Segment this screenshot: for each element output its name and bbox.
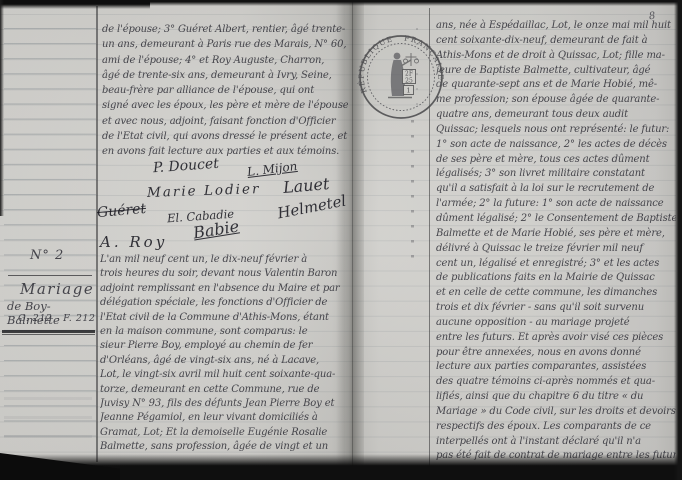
text-line: Mariage » du Code civil, sur les droits … <box>436 405 676 420</box>
text-line: 1° son acte de naissance, 2° les actes d… <box>436 138 676 153</box>
text-line: d'Orléans, âgé de vingt-six ans, né à La… <box>100 354 348 368</box>
text-line: dûment légalisé; 2° le Consentement de B… <box>436 212 676 227</box>
stamp-denomination: 2F 25 1 <box>403 70 416 95</box>
text-line: délégation spéciale, les fonctions d'Off… <box>100 296 348 310</box>
text-line: et avec nous, adjoint, faisant fonction … <box>102 114 348 129</box>
act-number: N° 2 <box>30 248 64 263</box>
text-line: Lot, le vingt-six avril mil huit cent so… <box>100 368 348 382</box>
republique-francaise-stamp: RÉPUBLIQUE FRANÇAISE 2F 25 1 <box>357 33 445 121</box>
signature: A. Roy <box>100 233 167 251</box>
text-line: de publications faits en la Mairie de Qu… <box>436 271 676 286</box>
text-line: des quatre témoins ci-après nommés et qu… <box>436 375 676 390</box>
left-page-act-text: L'an mil neuf cent un, le dix-neuf févri… <box>100 253 348 455</box>
text-line: qu'il a satisfait à la loi sur le recrut… <box>436 182 676 197</box>
text-line: de ses père et mère, tous ces actes dûme… <box>436 153 676 168</box>
text-line: Quissac; lesquels nous ont représenté: l… <box>436 123 676 138</box>
text-line: Balmette et de Marie Hobié, ses père et … <box>436 227 676 242</box>
text-line: jeure de Baptiste Balmette, cultivateur,… <box>436 64 676 79</box>
scan-edge-top-left <box>0 0 150 9</box>
left-page-closing-text: de l'épouse; 3° Guéret Albert, rentier, … <box>102 22 348 160</box>
signature: Marie Lodier <box>147 181 261 201</box>
text-line: L'an mil neuf cent un, le dix-neuf févri… <box>100 253 348 267</box>
text-line: me profession; son épouse âgée de quaran… <box>436 93 676 108</box>
margin-heavy-divider <box>2 334 95 335</box>
signature: Guéret <box>96 201 146 221</box>
signatures-block: P. DoucetL. MijonMarie LodierLauetGuéret… <box>95 156 353 258</box>
text-line: de l'épouse; 3° Guéret Albert, rentier, … <box>102 22 348 37</box>
text-line: Jeanne Pégamiol, en leur vivant domicili… <box>100 411 348 425</box>
act-title: Mariage <box>20 280 94 298</box>
text-line: Juvisy N° 93, fils des défunts Jean Pier… <box>100 397 348 411</box>
text-line: l'Etat civil de la Commune d'Athis-Mons,… <box>100 311 348 325</box>
text-line: Gramat, Lot; Et la demoiselle Eugénie Ro… <box>100 426 348 440</box>
text-line: ami de l'épouse; 4° et Roy Auguste, Char… <box>102 53 348 68</box>
margin-heavy-divider <box>2 330 95 333</box>
act-reference: G. 212 - F. 212 <box>18 313 95 324</box>
text-line: pour être annexées, nous en avons donné <box>436 346 676 361</box>
text-line: cent soixante-dix-neuf, demeurant de fai… <box>436 34 676 49</box>
margin-divider <box>8 275 92 276</box>
text-line: trois heures du soir, devant nous Valent… <box>100 267 348 281</box>
text-line: aucune opposition - au mariage projeté <box>436 316 676 331</box>
text-line: de quarante-sept ans et de Marie Hobié, … <box>436 78 676 93</box>
text-line: cent un, légalisé et enregistré; 3° et l… <box>436 257 676 272</box>
text-line: trois et dix février - sans qu'il soit s… <box>436 301 676 316</box>
signature: P. Doucet <box>153 156 220 177</box>
stamp-denomination-bottom: 25 <box>405 77 413 84</box>
text-line: interpellés ont à l'instant déclaré qu'i… <box>436 435 676 450</box>
text-line: en la maison commune, sont comparus: le <box>100 325 348 339</box>
text-line: délivré à Quissac le treize février mil … <box>436 242 676 257</box>
text-line: Balmette, sans profession, âgée de vingt… <box>100 440 348 454</box>
text-line: un ans, demeurant à Paris rue des Marais… <box>102 37 348 52</box>
text-line: lifiés, ainsi que du chapitre 6 du titre… <box>436 390 676 405</box>
page-number: 8 <box>648 11 656 23</box>
text-line: âgé de trente-six ans, demeurant à Ivry,… <box>102 68 348 83</box>
registry-scan-page: N° 2 Mariage de Boy-Balmette G. 212 - F.… <box>0 0 682 480</box>
text-line: entre les futurs. Et après avoir visé ce… <box>436 331 676 346</box>
text-line: Athis-Mons et de droit à Quissac, Lot; f… <box>436 49 676 64</box>
text-line: l'armée; 2° la future: 1° son acte de na… <box>436 197 676 212</box>
text-line: sieur Pierre Boy, employé au chemin de f… <box>100 339 348 353</box>
text-line: torze, demeurant en cette Commune, rue d… <box>100 383 348 397</box>
ink-bleed-through <box>4 388 92 452</box>
text-line: et en celle de cette commune, les dimanc… <box>436 286 676 301</box>
signature: L. Mijon <box>246 159 298 179</box>
text-line: adjoint remplissant en l'absence du Mair… <box>100 282 348 296</box>
signature: Lauet <box>282 174 330 197</box>
scan-edge-left <box>0 0 4 216</box>
margin-tick-marks <box>411 120 414 270</box>
stamp-value: 1 <box>406 87 410 95</box>
text-line: de l'Etat civil, qui avons dressé le pré… <box>102 129 348 144</box>
scan-edge-right <box>674 0 682 480</box>
text-line: légalisés; 3° son livret militaire const… <box>436 167 676 182</box>
text-line: respectifs des époux. Les comparants de … <box>436 420 676 435</box>
text-line: ans, née à Espédaillac, Lot, le onze mai… <box>436 19 676 34</box>
text-line: lecture aux parties comparantes, assisté… <box>436 360 676 375</box>
right-page-act-text: ans, née à Espédaillac, Lot, le onze mai… <box>436 19 676 464</box>
text-line: quatre ans, demeurant tous deux audit <box>436 108 676 123</box>
text-line: beau-frère par alliance de l'épouse, qui… <box>102 83 348 98</box>
text-line: signé avec les époux, les père et mère d… <box>102 98 348 113</box>
